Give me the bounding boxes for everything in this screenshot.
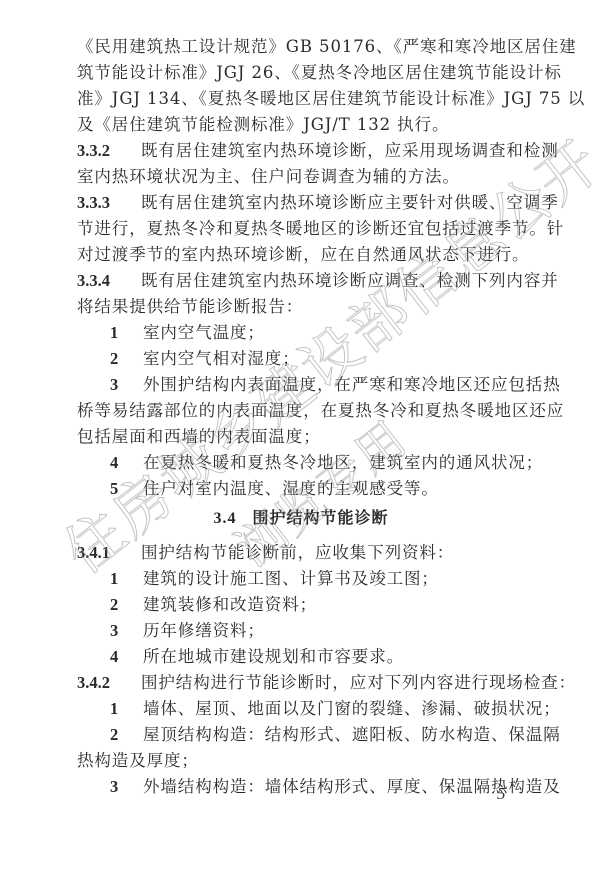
clause-text: 围护结构进行节能诊断时，应对下列内容进行现场检查：	[141, 673, 576, 692]
item-number: 3	[110, 618, 143, 644]
section-number: 3.4	[213, 510, 236, 527]
list-item: 2室内空气相对湿度；	[77, 346, 525, 372]
list-item: 4在夏热冬暖和夏热冬冷地区，建筑室内的通风状况；	[77, 450, 525, 476]
item-text: 外围护结构内表面温度，在严寒和寒冷地区还应包括热	[143, 375, 561, 394]
item-continuation: 包括屋面和西墙的内表面温度；	[77, 424, 525, 450]
clause-3-3-2: 3.3.2既有居住建筑室内热环境诊断，应采用现场调查和检测	[77, 138, 525, 164]
item-text: 墙体、屋顶、地面以及门窗的裂缝、渗漏、破损状况；	[143, 699, 561, 718]
clause-text-line: 室内热环境状况为主、住户问卷调查为辅的方法。	[77, 164, 525, 190]
item-number: 1	[110, 566, 143, 592]
clause-text: 既有居住建筑室内热环境诊断应调查、检测下列内容并	[141, 271, 559, 290]
clause-number: 3.3.4	[77, 268, 141, 294]
clause-number: 3.4.1	[77, 540, 141, 566]
clause-3-4-2: 3.4.2围护结构进行节能诊断时，应对下列内容进行现场检查：	[77, 670, 525, 696]
clause-3-4-1: 3.4.1围护结构节能诊断前，应收集下列资料：	[77, 540, 525, 566]
item-text: 建筑的设计施工图、计算书及竣工图；	[143, 569, 439, 588]
item-continuation: 桥等易结露部位的内表面温度，在夏热冬冷和夏热冬暖地区还应	[77, 398, 525, 424]
list-item: 2建筑装修和改造资料；	[77, 592, 525, 618]
section-heading: 3.4围护结构节能诊断	[77, 502, 525, 534]
item-number: 2	[110, 592, 143, 618]
item-number: 3	[110, 774, 143, 800]
item-text: 室内空气相对湿度；	[143, 349, 300, 368]
clause-number: 3.4.2	[77, 670, 141, 696]
item-number: 2	[110, 346, 143, 372]
list-item: 1墙体、屋顶、地面以及门窗的裂缝、渗漏、破损状况；	[77, 696, 525, 722]
clause-text-line: 节进行，夏热冬冷和夏热冬暖地区的诊断还宜包括过渡季节。针	[77, 216, 525, 242]
list-item: 4所在地城市建设规划和市容要求。	[77, 644, 525, 670]
list-item: 1室内空气温度；	[77, 320, 525, 346]
clause-text: 既有居住建筑室内热环境诊断，应采用现场调查和检测	[141, 141, 559, 160]
item-text: 屋顶结构构造：结构形式、遮阳板、防水构造、保温隔	[143, 725, 561, 744]
item-text: 历年修缮资料；	[143, 621, 265, 640]
list-item: 3外墙结构构造：墙体结构形式、厚度、保温隔热构造及	[77, 774, 525, 800]
clause-3-3-3: 3.3.3既有居住建筑室内热环境诊断应主要针对供暖、空调季	[77, 190, 525, 216]
section-title: 围护结构节能诊断	[252, 508, 388, 527]
list-item: 5住户对室内温度、湿度的主观感受等。	[77, 476, 525, 502]
clause-text-line: 将结果提供给节能诊断报告：	[77, 294, 525, 320]
item-text: 在夏热冬暖和夏热冬冷地区，建筑室内的通风状况；	[143, 453, 543, 472]
intro-line: 及《居住建筑节能检测标准》JGJ/T 132 执行。	[77, 112, 525, 138]
clause-3-3-4: 3.3.4既有居住建筑室内热环境诊断应调查、检测下列内容并	[77, 268, 525, 294]
list-item: 3历年修缮资料；	[77, 618, 525, 644]
intro-line: 《民用建筑热工设计规范》GB 50176、《严寒和寒冷地区居住建	[77, 34, 525, 60]
list-item: 3外围护结构内表面温度，在严寒和寒冷地区还应包括热	[77, 372, 525, 398]
item-number: 4	[110, 644, 143, 670]
item-text: 室内空气温度；	[143, 323, 265, 342]
intro-line: 筑节能设计标准》JGJ 26、《夏热冬冷地区居住建筑节能设计标	[77, 60, 525, 86]
page-number: 5	[497, 784, 506, 804]
clause-text: 围护结构节能诊断前，应收集下列资料：	[141, 543, 454, 562]
item-text: 住户对室内温度、湿度的主观感受等。	[143, 479, 439, 498]
item-text: 所在地城市建设规划和市容要求。	[143, 647, 404, 666]
list-item: 2屋顶结构构造：结构形式、遮阳板、防水构造、保温隔	[77, 722, 525, 748]
item-number: 4	[110, 450, 143, 476]
intro-line: 准》JGJ 134、《夏热冬暖地区居住建筑节能设计标准》JGJ 75 以	[77, 86, 525, 112]
item-text: 建筑装修和改造资料；	[143, 595, 317, 614]
clause-text-line: 对过渡季节的室内热环境诊断，应在自然通风状态下进行。	[77, 242, 525, 268]
item-number: 1	[110, 696, 143, 722]
item-number: 3	[110, 372, 143, 398]
clause-text: 既有居住建筑室内热环境诊断应主要针对供暖、空调季	[141, 193, 559, 212]
page-body: 《民用建筑热工设计规范》GB 50176、《严寒和寒冷地区居住建 筑节能设计标准…	[77, 34, 525, 800]
item-number: 2	[110, 722, 143, 748]
list-item: 1建筑的设计施工图、计算书及竣工图；	[77, 566, 525, 592]
item-continuation: 热构造及厚度；	[77, 748, 525, 774]
clause-number: 3.3.2	[77, 138, 141, 164]
clause-number: 3.3.3	[77, 190, 141, 216]
item-number: 1	[110, 320, 143, 346]
document-page: 《民用建筑热工设计规范》GB 50176、《严寒和寒冷地区居住建 筑节能设计标准…	[0, 0, 600, 869]
item-number: 5	[110, 476, 143, 502]
